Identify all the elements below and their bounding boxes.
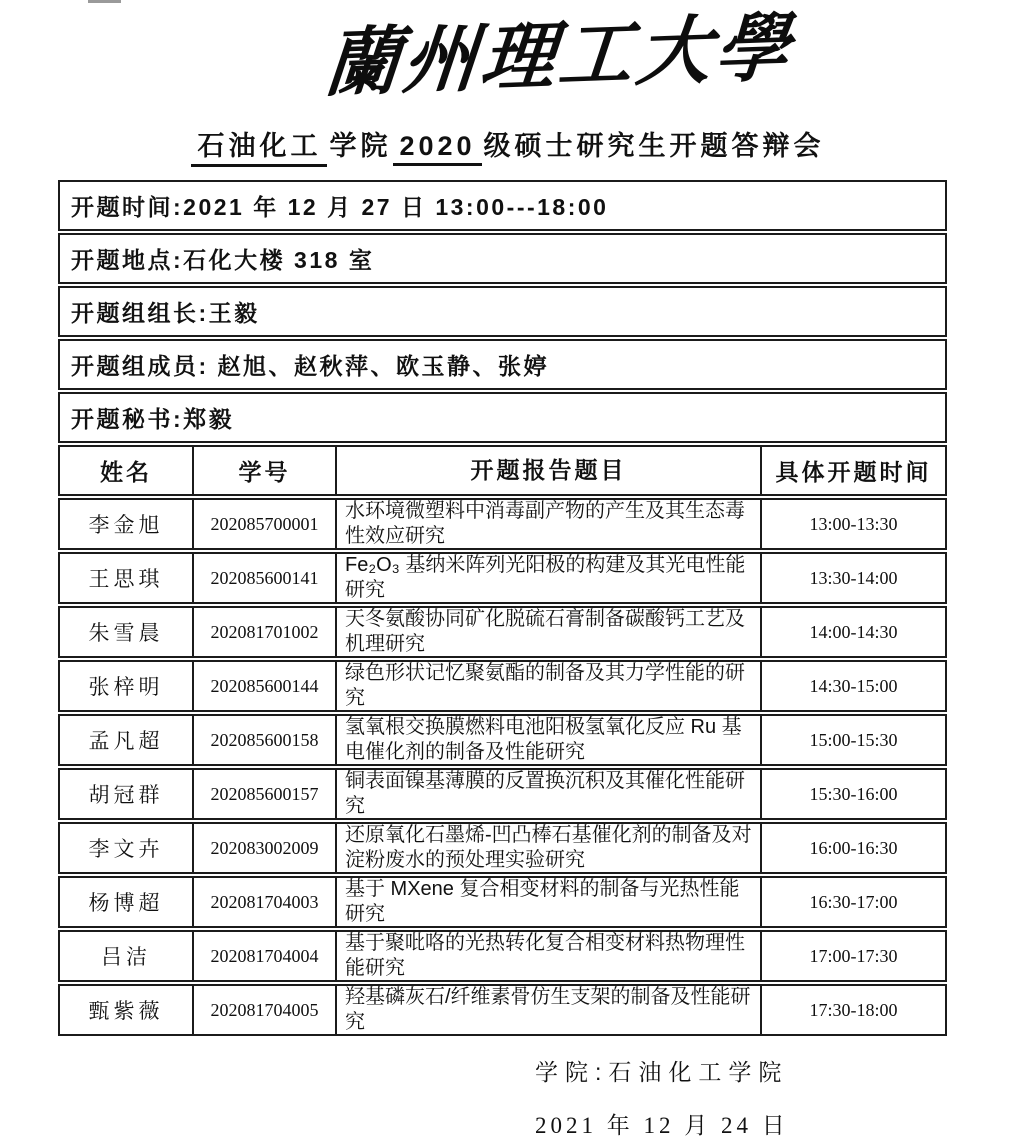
- student-name-cell: 吕洁: [60, 932, 192, 980]
- topic-cell: 水环境微塑料中消毒副产物的产生及其生态毒性效应研究: [335, 500, 760, 548]
- header-name: 姓名: [60, 447, 192, 494]
- time-slot-cell: 17:30-18:00: [760, 986, 945, 1034]
- info-row-text: 开题组成员: 赵旭、赵秋萍、欧玉静、张婷: [71, 348, 549, 381]
- time-slot-cell: 17:00-17:30: [760, 932, 945, 980]
- student-id-cell: 202085700001: [192, 500, 335, 548]
- topic-cell: 天冬氨酸协同矿化脱硫石膏制备碳酸钙工艺及机理研究: [335, 608, 760, 656]
- student-id-cell: 202085600141: [192, 554, 335, 602]
- student-id-cell: 202085600144: [192, 662, 335, 710]
- info-row-text: 开题秘书:郑毅: [71, 401, 234, 434]
- student-id-cell: 202081704003: [192, 878, 335, 926]
- time-slot-cell: 16:30-17:00: [760, 878, 945, 926]
- info-row-text: 开题组组长:王毅: [71, 295, 260, 328]
- topic-cell: 氢氧根交换膜燃料电池阳极氢氧化反应 Ru 基电催化剂的制备及性能研究: [335, 716, 760, 764]
- topic-cell: 绿色形状记忆聚氨酯的制备及其力学性能的研究: [335, 662, 760, 710]
- info-row-text: 开题地点:石化大楼 318 室: [71, 242, 374, 275]
- time-slot-cell: 14:30-15:00: [760, 662, 945, 710]
- info-row: 开题组成员: 赵旭、赵秋萍、欧玉静、张婷: [58, 339, 947, 390]
- student-id-cell: 202081704005: [192, 986, 335, 1034]
- info-rows: 开题时间:2021 年 12 月 27 日 13:00---18:00 开题地点…: [58, 180, 947, 443]
- student-name-cell: 李文卉: [60, 824, 192, 872]
- time-slot-cell: 15:00-15:30: [760, 716, 945, 764]
- title-underlined-year: 2020: [393, 131, 481, 166]
- footer-date-line: 2021 年 12 月 24 日: [535, 1112, 789, 1140]
- document-title: 石油化工学院2020级硕士研究生开题答辩会: [0, 124, 1018, 167]
- table-row: 甄紫薇 202081704005 羟基磷灰石/纤维素骨仿生支架的制备及性能研究 …: [58, 984, 947, 1036]
- student-id-cell: 202083002009: [192, 824, 335, 872]
- table-row: 吕洁 202081704004 基于聚吡咯的光热转化复合相变材料热物理性能研究 …: [58, 930, 947, 982]
- topic-cell: 基于 MXene 复合相变材料的制备与光热性能研究: [335, 878, 760, 926]
- title-event-name: 级硕士研究生开题答辩会: [484, 124, 825, 163]
- table-row: 胡冠群 202085600157 铜表面镍基薄膜的反置换沉积及其催化性能研究 1…: [58, 768, 947, 820]
- topic-cell: 基于聚吡咯的光热转化复合相变材料热物理性能研究: [335, 932, 760, 980]
- header-time: 具体开题时间: [760, 447, 945, 494]
- footer: 学院:石油化工学院 2021 年 12 月 24 日: [535, 1058, 789, 1140]
- footer-college-line: 学院:石油化工学院: [535, 1058, 789, 1086]
- student-name-cell: 杨博超: [60, 878, 192, 926]
- topic-cell: 还原氧化石墨烯-凹凸棒石基催化剂的制备及对淀粉废水的预处理实验研究: [335, 824, 760, 872]
- student-rows: 李金旭 202085700001 水环境微塑料中消毒副产物的产生及其生态毒性效应…: [58, 498, 947, 1036]
- time-slot-cell: 16:00-16:30: [760, 824, 945, 872]
- table-row: 杨博超 202081704003 基于 MXene 复合相变材料的制备与光热性能…: [58, 876, 947, 928]
- student-name-cell: 张梓明: [60, 662, 192, 710]
- table-row: 朱雪晨 202081701002 天冬氨酸协同矿化脱硫石膏制备碳酸钙工艺及机理研…: [58, 606, 947, 658]
- student-name-cell: 李金旭: [60, 500, 192, 548]
- info-row: 开题组组长:王毅: [58, 286, 947, 337]
- table-row: 李金旭 202085700001 水环境微塑料中消毒副产物的产生及其生态毒性效应…: [58, 498, 947, 550]
- top-edge-artifact: [88, 0, 121, 3]
- title-college-suffix: 学院: [329, 124, 391, 163]
- info-row: 开题时间:2021 年 12 月 27 日 13:00---18:00: [58, 180, 947, 231]
- student-id-cell: 202085600157: [192, 770, 335, 818]
- defense-schedule-table: 开题时间:2021 年 12 月 27 日 13:00---18:00 开题地点…: [58, 180, 947, 1038]
- table-row: 孟凡超 202085600158 氢氧根交换膜燃料电池阳极氢氧化反应 Ru 基电…: [58, 714, 947, 766]
- table-row: 张梓明 202085600144 绿色形状记忆聚氨酯的制备及其力学性能的研究 1…: [58, 660, 947, 712]
- info-row: 开题秘书:郑毅: [58, 392, 947, 443]
- table-header-row: 姓名 学号 开题报告题目 具体开题时间: [58, 445, 947, 496]
- title-underlined-college: 石油化工: [191, 124, 327, 167]
- topic-cell: 铜表面镍基薄膜的反置换沉积及其催化性能研究: [335, 770, 760, 818]
- topic-cell: 羟基磷灰石/纤维素骨仿生支架的制备及性能研究: [335, 986, 760, 1034]
- time-slot-cell: 13:30-14:00: [760, 554, 945, 602]
- student-name-cell: 王思琪: [60, 554, 192, 602]
- student-id-cell: 202081704004: [192, 932, 335, 980]
- student-name-cell: 朱雪晨: [60, 608, 192, 656]
- info-row: 开题地点:石化大楼 318 室: [58, 233, 947, 284]
- header-topic: 开题报告题目: [335, 447, 760, 494]
- university-calligraphy-logo: 蘭州理工大學: [46, 0, 1018, 124]
- time-slot-cell: 13:00-13:30: [760, 500, 945, 548]
- table-row: 王思琪 202085600141 Fe₂O₃ 基纳米阵列光阳极的构建及其光电性能…: [58, 552, 947, 604]
- student-id-cell: 202081701002: [192, 608, 335, 656]
- student-name-cell: 甄紫薇: [60, 986, 192, 1034]
- time-slot-cell: 14:00-14:30: [760, 608, 945, 656]
- student-name-cell: 孟凡超: [60, 716, 192, 764]
- header-student-id: 学号: [192, 447, 335, 494]
- table-row: 李文卉 202083002009 还原氧化石墨烯-凹凸棒石基催化剂的制备及对淀粉…: [58, 822, 947, 874]
- student-id-cell: 202085600158: [192, 716, 335, 764]
- topic-cell: Fe₂O₃ 基纳米阵列光阳极的构建及其光电性能研究: [335, 554, 760, 602]
- time-slot-cell: 15:30-16:00: [760, 770, 945, 818]
- info-row-text: 开题时间:2021 年 12 月 27 日 13:00---18:00: [71, 189, 608, 222]
- student-name-cell: 胡冠群: [60, 770, 192, 818]
